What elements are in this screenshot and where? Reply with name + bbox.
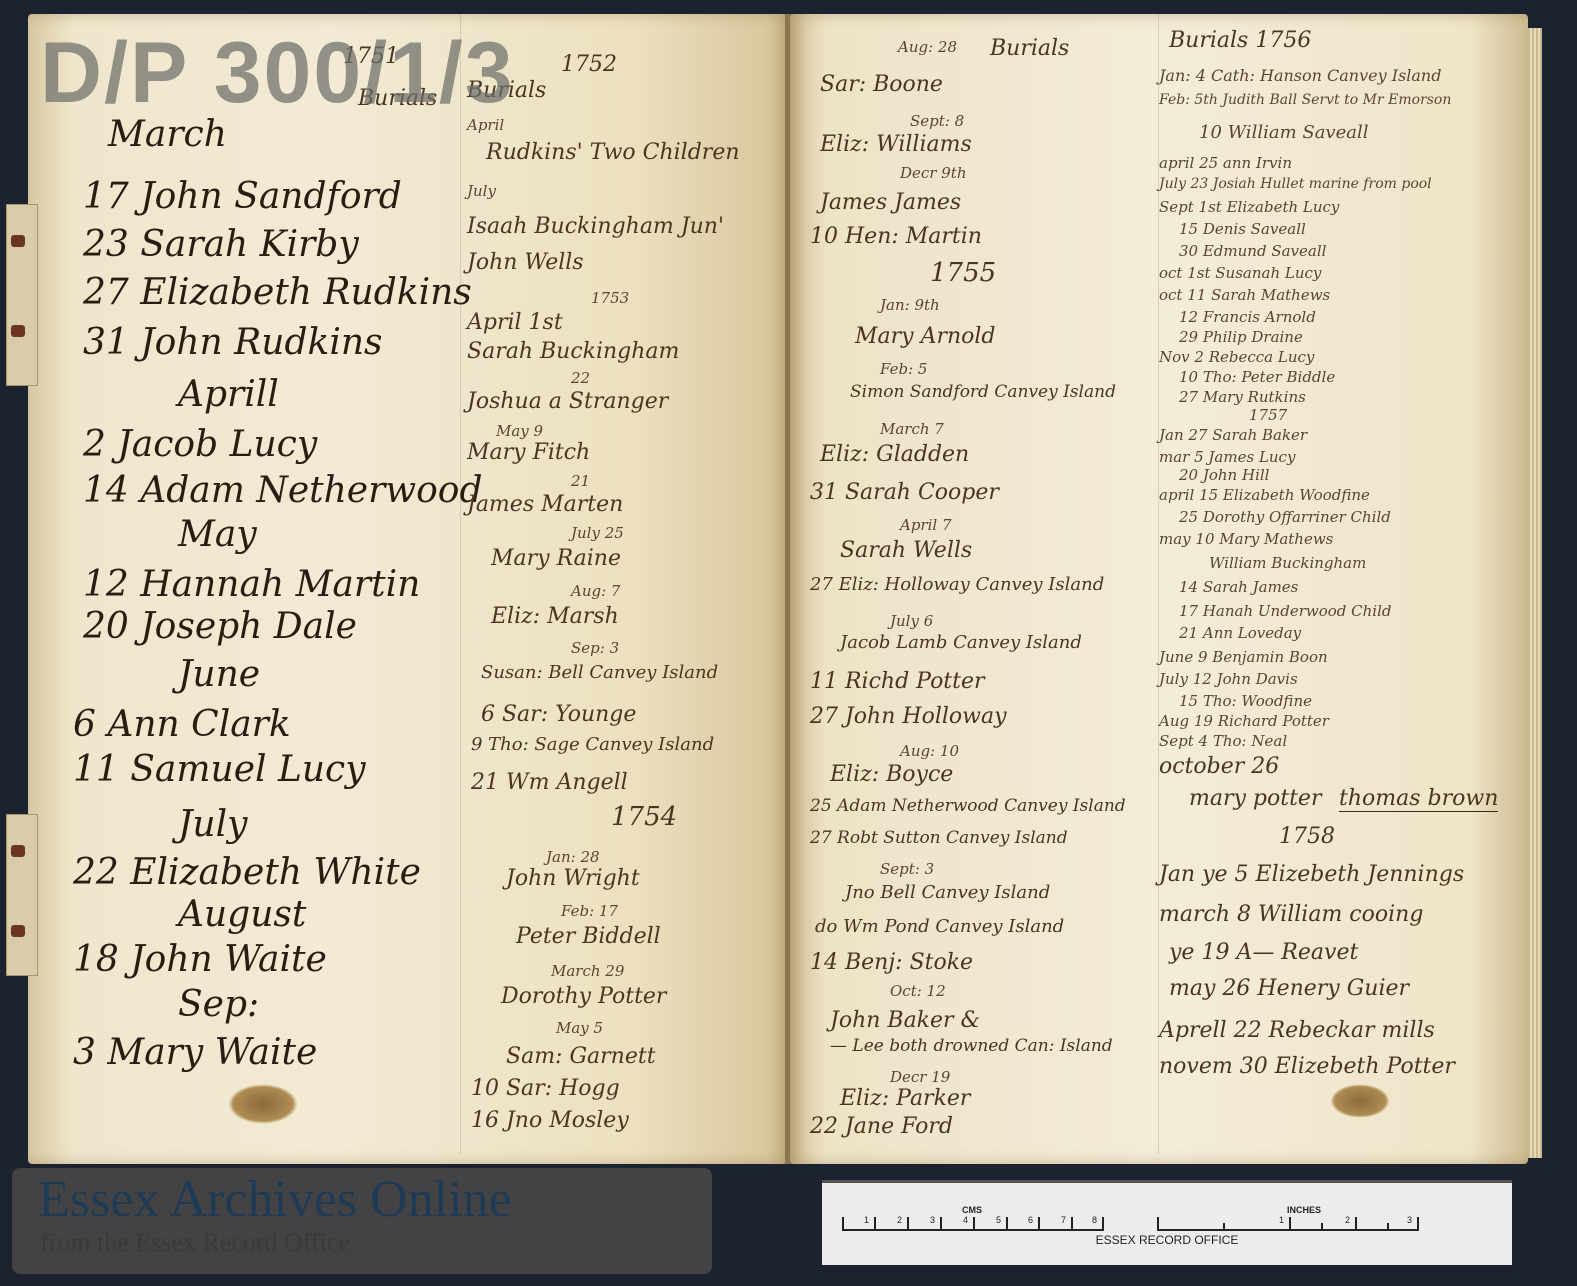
date-label: May 5 — [556, 1019, 603, 1037]
burial-entry: 29 Philip Draine — [1179, 328, 1303, 346]
burial-entry: Joshua a Stranger — [467, 389, 668, 414]
year-label: 1755 — [930, 258, 996, 288]
date-label: 21 — [571, 472, 590, 490]
burial-entry: 22 Elizabeth White — [73, 852, 421, 893]
date-label: Feb: 5 — [880, 360, 927, 378]
burial-entry: 11 Richd Potter — [810, 669, 985, 694]
burial-entry: 16 Jno Mosley — [471, 1108, 629, 1133]
burial-entry: Peter Biddell — [516, 924, 661, 949]
month-label: July — [467, 182, 496, 200]
watermark-title: Essex Archives Online — [38, 1170, 512, 1229]
ink-stain — [228, 1084, 298, 1124]
burial-entry: 3 Mary Waite — [73, 1032, 317, 1073]
burial-entry: 9 Tho: Sage Canvey Island — [471, 734, 714, 755]
date-label: Feb: 17 — [561, 902, 618, 920]
date-label: Sep: 3 — [571, 639, 619, 657]
burial-entry: Isaah Buckingham Jun' — [467, 214, 724, 239]
burial-entry: oct 1st Susanah Lucy — [1159, 264, 1321, 282]
burial-entry: 31 John Rudkins — [83, 322, 383, 363]
clasp-nail-icon — [11, 325, 25, 337]
burial-entry: 6 Ann Clark — [73, 704, 291, 745]
month-label: August — [178, 894, 306, 935]
date-label: July 25 — [571, 524, 624, 542]
date-label: october 26 — [1159, 754, 1279, 779]
burial-entry: april 25 ann Irvin — [1159, 154, 1292, 172]
clasp-nail-icon — [11, 235, 25, 247]
scale-ruler: CMS 1 2 3 4 5 6 7 8 INCHES 1 2 3 ESSEX R… — [822, 1180, 1512, 1265]
burial-entry: John Wright — [506, 866, 640, 891]
burial-entry: Eliz: Parker — [840, 1086, 970, 1111]
burial-entry: 17 Hanah Underwood Child — [1179, 602, 1391, 620]
burial-entry: 11 Samuel Lucy — [73, 749, 366, 790]
burial-entry: Eliz: Boyce — [830, 762, 953, 787]
year-label: 1752 — [561, 52, 617, 77]
right-column-2: Burials 1756 Jan: 4 Cath: Hanson Canvey … — [1158, 14, 1519, 1154]
month-label: July — [178, 804, 247, 845]
right-page: Burials Aug: 28 Sar: Boone Sept: 8 Eliz:… — [790, 14, 1528, 1164]
right-column-1: Burials Aug: 28 Sar: Boone Sept: 8 Eliz:… — [810, 14, 1150, 1154]
date-label: Aug: 10 — [900, 742, 959, 760]
burial-entry: Eliz: Gladden — [820, 442, 969, 467]
burial-entry: 18 John Waite — [73, 939, 327, 980]
burial-entry: John Baker & — [830, 1008, 980, 1033]
burial-entry: thomas brown — [1339, 786, 1498, 812]
date-label: Decr 19 — [890, 1068, 950, 1086]
column-heading: Burials — [990, 36, 1069, 61]
date-label: July 6 — [890, 612, 933, 630]
burial-entry: — Lee both drowned Can: Island — [830, 1036, 1113, 1056]
record-office-label: ESSEX RECORD OFFICE — [822, 1233, 1512, 1247]
cm-label: CMS — [962, 1205, 982, 1215]
date-label: Jan: 28 — [546, 848, 600, 866]
cm-scale: 1 2 3 4 5 6 7 8 — [842, 1217, 1104, 1231]
date-label: March 7 — [880, 420, 944, 438]
burial-entry: Sept 1st Elizabeth Lucy — [1159, 198, 1339, 216]
burial-entry: Mary Raine — [491, 546, 621, 571]
date-label: Sept: 3 — [880, 860, 934, 878]
month-label: Aprill — [178, 374, 279, 415]
burial-entry: Sar: Boone — [820, 72, 943, 97]
burial-entry: march 8 William cooing — [1159, 902, 1423, 927]
burial-entry: 27 John Holloway — [810, 704, 1007, 729]
burial-entry: oct 11 Sarah Mathews — [1159, 286, 1330, 304]
burial-entry: Jno Bell Canvey Island — [845, 882, 1050, 903]
burial-entry: Dorothy Potter — [501, 984, 666, 1009]
burial-entry: 27 Eliz: Holloway Canvey Island — [810, 574, 1104, 595]
burial-entry: mary potter — [1189, 786, 1321, 811]
burial-entry: Eliz: Marsh — [491, 604, 619, 629]
year-label: 1758 — [1279, 824, 1335, 849]
burial-entry: June 9 Benjamin Boon — [1159, 648, 1328, 666]
burial-entry: John Wells — [467, 250, 584, 275]
burial-entry: 12 Hannah Martin — [83, 564, 420, 605]
burial-entry: 25 Adam Netherwood Canvey Island — [810, 796, 1126, 816]
watermark-subtitle: from the Essex Record Office — [40, 1228, 350, 1258]
date-label: Decr 9th — [900, 164, 966, 182]
year-label: 1753 — [591, 289, 629, 307]
burial-entry: Mary Arnold — [855, 324, 996, 349]
month-label: May — [178, 514, 257, 555]
burial-entry: 15 Tho: Woodfine — [1179, 692, 1312, 710]
date-label: Aug: 7 — [571, 582, 620, 600]
burial-entry: 31 Sarah Cooper — [810, 480, 999, 505]
burial-entry: Mary Fitch — [467, 440, 590, 465]
date-label: 22 — [571, 369, 590, 387]
date-label: Jan: 9th — [880, 296, 940, 314]
burial-entry: Rudkins' Two Children — [486, 140, 740, 165]
burial-entry: 10 Tho: Peter Biddle — [1179, 368, 1335, 386]
burial-entry: 20 Joseph Dale — [83, 606, 357, 647]
burial-entry: april 15 Elizabeth Woodfine — [1159, 486, 1370, 504]
document-reference: D/P 300/1/3 — [40, 24, 515, 123]
burial-entry: 10 Hen: Martin — [810, 224, 982, 249]
burial-entry: Aprell 22 Rebeckar mills — [1159, 1018, 1435, 1043]
date-label: April 1st — [467, 310, 563, 335]
date-label: April 7 — [900, 516, 952, 534]
burial-entry: do Wm Pond Canvey Island — [815, 916, 1064, 937]
inch-label: INCHES — [1287, 1205, 1321, 1215]
date-label: May 9 — [496, 422, 543, 440]
left-page: 1751 Burials March 17 John Sandford 23 S… — [28, 14, 788, 1164]
burial-entry: William Buckingham — [1209, 554, 1366, 572]
burial-entry: July 12 John Davis — [1159, 670, 1298, 688]
year-heading: Burials 1756 — [1169, 28, 1311, 53]
burial-entry: James James — [820, 190, 961, 215]
burial-entry: 21 Ann Loveday — [1179, 624, 1301, 642]
burial-entry: may 26 Henery Guier — [1169, 976, 1409, 1001]
date-label: Sept: 8 — [910, 112, 964, 130]
burial-entry: 30 Edmund Saveall — [1179, 242, 1326, 260]
burial-entry: 6 Sar: Younge — [481, 702, 636, 727]
burial-entry: 27 Robt Sutton Canvey Island — [810, 828, 1068, 848]
burial-entry: Jan ye 5 Elizebeth Jennings — [1159, 862, 1464, 887]
left-column-1: 1751 Burials March 17 John Sandford 23 S… — [28, 14, 458, 1114]
burial-entry: Sept 4 Tho: Neal — [1159, 732, 1287, 750]
burial-entry: 27 Mary Rutkins — [1179, 388, 1306, 406]
burial-entry: 25 Dorothy Offarriner Child — [1179, 508, 1391, 526]
date-label: Aug: 28 — [898, 38, 957, 56]
burial-entry: 27 Elizabeth Rudkins — [83, 272, 472, 313]
month-label: June — [178, 654, 260, 695]
clasp-nail-icon — [11, 845, 25, 857]
burial-entry: 14 Adam Netherwood — [83, 470, 483, 511]
burial-entry: 23 Sarah Kirby — [83, 224, 359, 265]
burial-entry: James Marten — [467, 492, 623, 517]
left-column-2: 1752 Burials April Rudkins' Two Children… — [460, 14, 781, 1154]
burial-entry: novem 30 Elizebeth Potter — [1159, 1054, 1455, 1079]
burial-entry: ye 19 A— Reavet — [1169, 940, 1358, 965]
date-label: March 29 — [551, 962, 624, 980]
date-label: Oct: 12 — [890, 982, 946, 1000]
burial-entry: Aug 19 Richard Potter — [1159, 712, 1329, 730]
burial-entry: 10 William Saveall — [1199, 122, 1369, 143]
burial-entry: Sam: Garnett — [506, 1044, 656, 1069]
burial-entry: Nov 2 Rebecca Lucy — [1159, 348, 1314, 366]
burial-entry: 15 Denis Saveall — [1179, 220, 1306, 238]
burial-entry: 12 Francis Arnold — [1179, 308, 1316, 326]
burial-entry: mar 5 James Lucy — [1159, 448, 1295, 466]
burial-entry: may 10 Mary Mathews — [1159, 530, 1333, 548]
burial-entry: 14 Sarah James — [1179, 578, 1298, 596]
month-label: Sep: — [178, 984, 259, 1025]
inch-scale: 1 2 3 — [1157, 1217, 1419, 1231]
burial-entry: 10 Sar: Hogg — [471, 1076, 620, 1101]
burial-entry: 14 Benj: Stoke — [810, 950, 973, 975]
ink-stain — [1330, 1084, 1390, 1118]
burial-entry: Jacob Lamb Canvey Island — [840, 632, 1082, 653]
register-book: 1751 Burials March 17 John Sandford 23 S… — [28, 14, 1540, 1164]
burial-entry: 20 John Hill — [1179, 466, 1269, 484]
burial-entry: Sarah Buckingham — [467, 339, 679, 364]
burial-entry: Sarah Wells — [840, 538, 972, 563]
burial-entry: 22 Jane Ford — [810, 1114, 953, 1139]
page-edges — [1528, 28, 1542, 1158]
year-label: 1754 — [611, 802, 677, 832]
burial-entry: Eliz: Williams — [820, 132, 972, 157]
burial-entry: Jan: 4 Cath: Hanson Canvey Island — [1159, 66, 1441, 85]
burial-entry: Feb: 5th Judith Ball Servt to Mr Emorson — [1159, 92, 1451, 108]
year-label: 1757 — [1249, 406, 1287, 424]
burial-entry: July 23 Josiah Hullet marine from pool — [1159, 176, 1432, 192]
burial-entry: 17 John Sandford — [83, 176, 402, 217]
clasp-nail-icon — [11, 925, 25, 937]
burial-entry: 2 Jacob Lucy — [83, 424, 317, 465]
burial-entry: 21 Wm Angell — [471, 770, 628, 795]
burial-entry: Simon Sandford Canvey Island — [850, 382, 1116, 402]
burial-entry: Jan 27 Sarah Baker — [1159, 426, 1307, 444]
burial-entry: Susan: Bell Canvey Island — [481, 662, 718, 683]
